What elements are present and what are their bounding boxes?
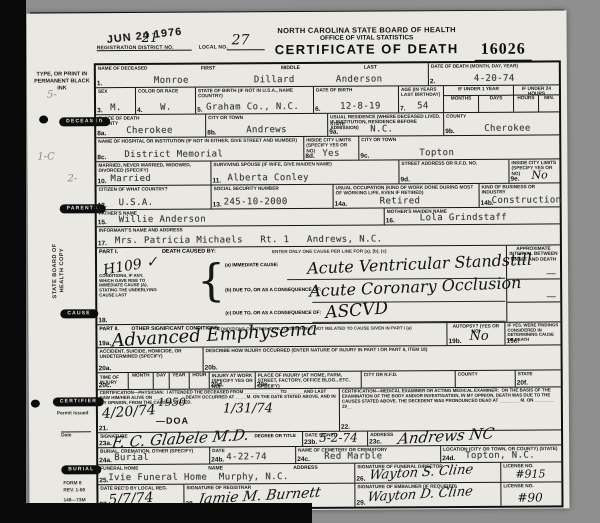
field-certification-physician: CERTIFICATION—PHYSICIAN: I ATTENDED THE … — [98, 389, 340, 432]
field-number: 14a. — [335, 201, 348, 208]
how-injury-label: DESCRIBE HOW INJURY OCCURRED — [206, 348, 291, 354]
field-number: 20d. — [211, 381, 224, 388]
field-number: 6. — [315, 106, 320, 113]
race-value: W. — [160, 103, 172, 113]
field-number: 25. — [99, 477, 108, 484]
field-embalmer-signature: SIGNATURE OF EMBALMER (IF REQUIRED) 29. … — [355, 483, 501, 507]
row-place-residence: PLACE OF DEATHCOUNTY 8a. Cherokee CITY O… — [96, 112, 559, 138]
enter-note: ENTER ONLY ONE CAUSE PER LINE FOR (a), (… — [272, 248, 387, 254]
ssn-label: SOCIAL SECURITY NUMBER — [214, 186, 279, 191]
field-residence-city: CITY OR TOWN 9c. Topton — [359, 135, 559, 159]
res-inside-value: No — [531, 168, 547, 181]
res-city-value: Topton — [419, 148, 454, 158]
funeral-home-label: FUNERAL HOME — [100, 466, 138, 471]
field-burial-location: LOCATION (CITY OR TOWN, OR COUNTY) (STAT… — [441, 445, 561, 462]
field-if-under-1-year: IF UNDER 1 YEAR MONTHS DAYS — [444, 86, 514, 112]
citizen-label: CITIZEN OF WHAT COUNTRY? — [99, 187, 168, 192]
res-city-label: CITY OR TOWN — [361, 137, 396, 142]
marital-sub: (SPECIFY) — [125, 168, 149, 173]
field-number: 20f. — [517, 380, 528, 387]
col-middle: MIDDLE — [281, 65, 300, 71]
pod-city-value: Andrews — [246, 125, 287, 135]
field-number: 2. — [430, 78, 435, 85]
embalmer-license-label: LICENSE NO. — [503, 484, 533, 489]
dod-value: 4-20-74 — [474, 74, 515, 84]
local-no-label: LOCAL NO. — [199, 44, 228, 50]
father-value: Willie Anderson — [119, 215, 206, 226]
location-value: Topton, N.C. — [465, 451, 535, 461]
line-a-label: (a) IMMEDIATE CAUSE: — [225, 263, 279, 268]
field-number: 8d. — [305, 153, 314, 160]
field-physician-signature: SIGNATURE DEGREE OR TITLE 23a. F. C. Gla… — [98, 432, 303, 447]
field-if-under-24-hours: IF UNDER 24 HOURS HOURS MIN. — [514, 85, 559, 111]
row-name: NAME OF DECEASED FIRST MIDDLE LAST 1. Mo… — [96, 62, 559, 88]
interval-b-value: — — [546, 291, 556, 302]
doa-stamp: —DOA — [156, 416, 189, 426]
field-hospital: NAME OF HOSPITAL OR INSTITUTION (IF NOT … — [96, 137, 304, 161]
field-number: 17. — [98, 240, 107, 247]
certificate-number: 16026 — [475, 41, 532, 62]
last-seen-value: 1/31/74 — [223, 401, 273, 416]
pencil-mark: 1-C — [37, 151, 54, 162]
informant-label: INFORMANT'S NAME AND ADDRESS — [99, 228, 183, 234]
inside-city-value: Yes — [322, 149, 340, 159]
ink-dot — [39, 116, 48, 124]
col-name: NAME — [208, 465, 223, 471]
field-other-conditions: PART II. OTHER SIGNIFICANT CONDITIONS: C… — [97, 323, 447, 347]
local-no-line — [227, 49, 265, 50]
pod-county-label: COUNTY — [98, 121, 118, 126]
field-certification-medical-examiner: CERTIFICATION—MEDICAL EXAMINER OR ACTING… — [340, 387, 561, 430]
field-number: 24a. — [99, 457, 112, 464]
pencil-mark: 5- — [47, 89, 57, 100]
under1yr-label: IF UNDER 1 YEAR — [458, 86, 499, 91]
field-father: FATHER'S NAME 15. Willie Anderson — [97, 208, 385, 226]
line-c-value: ASCVD — [325, 298, 389, 323]
district-value: 21 — [142, 31, 159, 46]
occupation-value: Retired — [380, 196, 421, 206]
sex-label: SEX — [98, 89, 108, 94]
field-number: 20c. — [99, 382, 112, 389]
form-note-2: REV. 1-69 — [63, 488, 85, 495]
field-number: 24c. — [297, 456, 310, 463]
industry-value: Construction — [492, 195, 562, 205]
sex-value: M. — [110, 103, 122, 113]
field-number: 29. — [356, 500, 365, 507]
hospital-label: NAME OF HOSPITAL OR INSTITUTION — [98, 139, 184, 145]
field-number: 8a. — [97, 130, 106, 137]
me-text-4: 19 — [342, 404, 347, 409]
field-number: 20e. — [257, 381, 270, 388]
field-cemetery: NAME OF CEMETERY OR CREMATORY 24c. Red M… — [296, 446, 441, 463]
field-number: 23c. — [369, 438, 382, 445]
field-number: 24b. — [211, 456, 224, 463]
certificate-form: NAME OF DECEASED FIRST MIDDLE LAST 1. Mo… — [94, 60, 564, 510]
accident-sub: (SPECIFY) — [139, 354, 163, 359]
field-citizen: CITIZEN OF WHAT COUNTRY? 12. U.S.A. — [97, 186, 212, 210]
field-occupation: USUAL OCCUPATION (KIND OF WORK DONE DURI… — [334, 184, 480, 208]
permit-note: Permit issued — [57, 411, 89, 418]
pod-label: PLACE OF DEATH — [98, 116, 139, 121]
embalmer-license-value: #90 — [517, 491, 542, 505]
funeral-home-value: Ivie Funeral Home Murphy, N.C. — [108, 472, 288, 483]
phys-text-3: OCCURRED AT — [202, 395, 234, 400]
attended-from-value: 1950 — [158, 396, 186, 409]
field-race: COLOR OR RACE 4. W. — [136, 88, 196, 114]
field-number: 1. — [97, 80, 102, 87]
cemetery-value: Red Marble — [324, 451, 382, 461]
col-address: ADDRESS — [293, 465, 317, 471]
pod-city-label: CITY OR TOWN — [208, 115, 243, 120]
line-b-value: Acute Coronary Occlusion — [309, 273, 522, 301]
field-surviving-spouse: SURVIVING SPOUSE (IF WIFE, GIVE MAIDEN N… — [211, 160, 399, 184]
field-number: 11. — [212, 177, 221, 184]
marital-value: Married — [110, 174, 151, 184]
field-number: 26. — [356, 476, 365, 483]
last-name-value: Anderson — [336, 74, 383, 84]
local-no-value: 27 — [232, 32, 250, 48]
pencil-mark: 2- — [67, 173, 77, 184]
ink-dot — [31, 400, 40, 408]
field-director-license: LICENSE NO. #915 — [501, 462, 561, 481]
injury-state-label: STATE — [518, 372, 533, 377]
middle-name-value: Dillard — [254, 75, 295, 85]
field-number: 4. — [137, 107, 142, 114]
row-funeral-home: FUNERAL HOME NAME ADDRESS 25. Ivie Funer… — [98, 462, 561, 485]
res-state-value: N.C. — [370, 124, 393, 134]
col-first: FIRST — [201, 66, 215, 72]
name-label: NAME OF DECEASED — [98, 66, 148, 71]
field-time-of-injury: TIME OF INJURY 20c. MONTH DAY YEAR HOUR — [98, 373, 210, 390]
field-injury-at-work: INJURY AT WORK (SPECIFY YES OR NO) 20d. — [210, 372, 256, 388]
field-street-address: STREET ADDRESS OR R.F.D. NO. 9d. — [399, 160, 509, 184]
row-marital-spouse: MARRIED, NEVER MARRIED, WIDOWED, DIVORCE… — [96, 159, 559, 186]
field-burial-date: DATE 24b. 4-22-74 — [210, 447, 296, 464]
street-label: STREET ADDRESS OR R.F.D. NO. — [401, 161, 477, 167]
field-number: 24d. — [442, 455, 455, 462]
res-state-label: STATE — [330, 122, 345, 127]
field-number: 9b. — [445, 128, 454, 135]
field-date-of-death: DATE OF DEATH (MONTH, DAY, YEAR) 2. 4-20… — [429, 62, 559, 85]
field-number: 10. — [97, 178, 106, 185]
scan-left-border — [0, 0, 26, 523]
min-label: MIN. — [544, 95, 554, 100]
industry-label: KIND OF BUSINESS OR INDUSTRY — [482, 185, 536, 196]
field-burial-type: BURIAL, CREMATION, OTHER (SPECIFY) 24a. … — [98, 448, 210, 465]
col-last: LAST — [364, 65, 377, 71]
me-text-3: M. ON — [521, 398, 534, 403]
field-number: 21. — [99, 425, 108, 432]
hospital-value: District Memorial — [124, 149, 223, 160]
field-mother: MOTHER'S MAIDEN NAME 16. Lola Grindstaff — [385, 207, 560, 224]
dod-sub: (MONTH, DAY, YEAR) — [470, 64, 518, 69]
field-number: 20a. — [99, 365, 112, 372]
year-label: YEAR — [172, 373, 185, 378]
injury-county-label: COUNTY — [458, 372, 478, 377]
field-number: 9d. — [400, 176, 409, 183]
field-number: 23b. — [304, 439, 317, 446]
field-age: AGE (IN YEARS LAST BIRTHDAY) 7. 54 — [399, 86, 444, 112]
field-sex: SEX 3. M. — [96, 88, 136, 114]
copy-label: STATE BOARD OF HEALTH COPY — [52, 235, 67, 305]
line-b-label: (b) DUE TO, OR AS A CONSEQUENCE OF: — [225, 288, 321, 294]
interval-a-value: — — [546, 268, 556, 279]
field-number: 16. — [386, 217, 395, 224]
field-industry: KIND OF BUSINESS OR INDUSTRY 14b. Constr… — [480, 183, 560, 206]
spouse-label: SURVIVING SPOUSE — [213, 162, 260, 167]
days-label: DAYS — [490, 96, 503, 101]
first-name-value: Monroe — [154, 76, 189, 86]
field-number: 8c. — [97, 154, 106, 161]
me-text-2: ABOVE. THE DECEDENT WAS PRONOUNCED DEAD … — [380, 398, 498, 404]
field-injury-city: CITY OR R.F.D. — [362, 371, 456, 388]
field-number: 18. — [98, 317, 107, 324]
location-label: LOCATION — [443, 447, 467, 452]
field-number: 19c. — [506, 338, 519, 345]
burial-date-value: 4-22-74 — [226, 452, 267, 462]
conditions-note: CONDITIONS, IF ANY, WHICH GAVE RISE TO I… — [99, 274, 157, 298]
field-name-of-deceased: NAME OF DECEASED FIRST MIDDLE LAST 1. Mo… — [96, 63, 429, 87]
row-hospital: NAME OF HOSPITAL OR INSTITUTION (IF NOT … — [96, 135, 559, 162]
death-certificate-document: TYPE, OR PRINT IN PERMANENT BLACK INK ST… — [26, 10, 569, 511]
spouse-value: Alberta Conley — [227, 173, 309, 183]
injury-city-label: CITY OR R.F.D. — [364, 372, 398, 377]
dob-value: 12-8-19 — [340, 101, 381, 111]
line-c-label: (c) DUE TO, OR AS A CONSEQUENCE OF: — [225, 311, 321, 317]
burial-date-label: DATE — [212, 448, 225, 453]
field-injury-state: STATE 20f. — [516, 370, 561, 386]
res-county-label: COUNTY — [446, 114, 466, 119]
field-pod-city: CITY OR TOWN 8b. Andrews — [206, 114, 328, 137]
field-number: 13. — [213, 201, 222, 208]
row-informant: INFORMANT'S NAME AND ADDRESS 17. Mrs. Pa… — [97, 224, 560, 248]
hospital-sub: (IF NOT IN EITHER, GIVE STREET AND NUMBE… — [186, 138, 297, 144]
field-pod-county: PLACE OF DEATHCOUNTY 8a. Cherokee — [96, 115, 206, 138]
field-number: 7. — [400, 105, 405, 112]
field-certifier-address: ADDRESS 23c. Andrews NC — [368, 430, 561, 445]
field-autopsy: AUTOPSY? (YES OR NO) 19b. No — [447, 323, 505, 345]
hour-label: HOUR — [192, 373, 206, 378]
month-label: MONTH — [132, 373, 149, 378]
field-place-of-injury: PLACE OF INJURY (AT HOME, FARM, STREET, … — [256, 372, 362, 389]
ssn-value: 245-10-2000 — [224, 197, 288, 207]
pod-county-value: Cherokee — [126, 126, 173, 136]
citizen-value: U.S.A. — [119, 198, 154, 208]
field-number: 19b. — [448, 338, 461, 345]
dod-label: DATE OF DEATH — [431, 64, 469, 69]
degree-title-label: DEGREE OR TITLE — [254, 433, 296, 438]
field-number: 3. — [97, 107, 102, 114]
caused-by-label: DEATH CAUSED BY: — [162, 249, 216, 255]
burial-sub: (SPECIFY) — [170, 449, 194, 454]
field-number: 5. — [197, 107, 202, 114]
field-number: 15. — [98, 219, 107, 226]
scan-bottom-border — [0, 503, 312, 523]
field-number: 9a. — [329, 129, 338, 136]
row-accident: ACCIDENT, SUICIDE, HOMICIDE, OR UNDETERM… — [98, 345, 561, 373]
certificate-title: CERTIFICATE OF DEATH — [272, 41, 462, 57]
res-county-value: Cherokee — [484, 124, 531, 134]
phys-m-label: M. — [247, 395, 252, 400]
field-how-injury: DESCRIBE HOW INJURY OCCURRED (ENTER NATU… — [204, 345, 561, 371]
months-label: MONTHS — [451, 96, 472, 101]
mother-value: Lola Grindstaff — [420, 213, 507, 224]
field-funeral-home: FUNERAL HOME NAME ADDRESS 25. Ivie Funer… — [98, 464, 355, 485]
physician-date-value: 4/20/74 — [101, 402, 156, 422]
field-funeral-director-signature: SIGNATURE OF FUNERAL DIRECTOR 26. Wayton… — [355, 463, 501, 483]
field-number: 22. — [341, 424, 350, 431]
day-label: DAY — [157, 373, 167, 378]
field-pod-inside-city: INSIDE CITY LIMITS (SPECIFY YES OR NO) 8… — [304, 137, 359, 160]
field-number: 8b. — [207, 129, 216, 136]
row-part2-autopsy: PART II. OTHER SIGNIFICANT CONDITIONS: C… — [97, 322, 560, 348]
director-license-value: #915 — [515, 467, 545, 480]
field-injury-county: COUNTY — [456, 371, 516, 387]
form-note-1: FORM 8 — [63, 481, 81, 488]
row-sex-age: SEX 3. M. COLOR OR RACE 4. W. STATE OF B… — [96, 85, 559, 115]
how-injury-sub: (ENTER NATURE OF INJURY IN PART I OR PAR… — [292, 347, 428, 353]
row-citizen-ssn: CITIZEN OF WHAT COUNTRY? 12. U.S.A. SOCI… — [97, 183, 560, 210]
tab-cause: CAUSE — [60, 309, 98, 318]
field-embalmer-license: LICENSE NO. #90 — [501, 482, 561, 505]
race-label: COLOR OR RACE — [138, 89, 178, 94]
age-value: 54 — [417, 101, 429, 111]
field-informant: INFORMANT'S NAME AND ADDRESS 17. Mrs. Pa… — [97, 224, 560, 247]
spouse-sub: (IF WIFE, GIVE MAIDEN NAME) — [262, 162, 332, 167]
district-line — [97, 50, 192, 52]
field-state-of-birth: STATE OF BIRTH (IF NOT IN U.S.A., NAME C… — [196, 87, 314, 114]
field-cause-of-death: PART I. DEATH CAUSED BY: ENTER ONLY ONE … — [97, 245, 560, 324]
field-res-inside-city: INSIDE CITY LIMITS (SPECIFY YES OR NO) 9… — [509, 159, 559, 182]
dob-label: DATE OF BIRTH — [316, 88, 352, 93]
field-ssn: SOCIAL SECURITY NUMBER 13. 245-10-2000 — [212, 185, 334, 209]
field-accident: ACCIDENT, SUICIDE, HOMICIDE, OR UNDETERM… — [98, 348, 204, 373]
field-number: 9c. — [360, 153, 369, 160]
field-residence-state: USUAL RESIDENCE (WHERE DECEASED LIVED. I… — [328, 113, 444, 136]
sob-value: Graham Co., N.C. — [206, 102, 299, 113]
date-signed-value: 5-2-74 — [319, 431, 358, 445]
part1-label: PART I. — [99, 249, 118, 255]
field-number: 19a. — [98, 340, 111, 347]
field-residence-county: COUNTY 9b. Cherokee — [444, 112, 559, 135]
print-note: TYPE, OR PRINT IN PERMANENT BLACK INK — [33, 71, 91, 92]
field-number: 20b. — [205, 364, 218, 371]
address-label: ADDRESS — [370, 432, 393, 437]
field-date-signed: DATE SIGNED 23b. 5-2-74 — [303, 432, 368, 446]
field-number: 12. — [98, 202, 107, 209]
row-cause-of-death: PART I. DEATH CAUSED BY: ENTER ONLY ONE … — [97, 245, 560, 325]
field-date-of-birth: DATE OF BIRTH 6. 12-8-19 — [314, 86, 399, 113]
burial-value: Burial — [114, 453, 149, 463]
autopsy-value: No — [469, 329, 488, 344]
field-number: 23a. — [99, 440, 112, 447]
field-findings: IF YES, WERE FINDINGS CONSIDERED IN DETE… — [505, 322, 560, 344]
cause-brace: { — [197, 259, 225, 303]
permit-date-label: Date — [61, 431, 91, 440]
field-number: 9e. — [510, 176, 519, 183]
field-marital-status: MARRIED, NEVER MARRIED, WIDOWED, DIVORCE… — [96, 162, 211, 186]
hours-label: HOURS — [517, 96, 534, 101]
informant-value: Mrs. Patricia Michaels Rt. 1 Andrews, N.… — [115, 234, 383, 246]
